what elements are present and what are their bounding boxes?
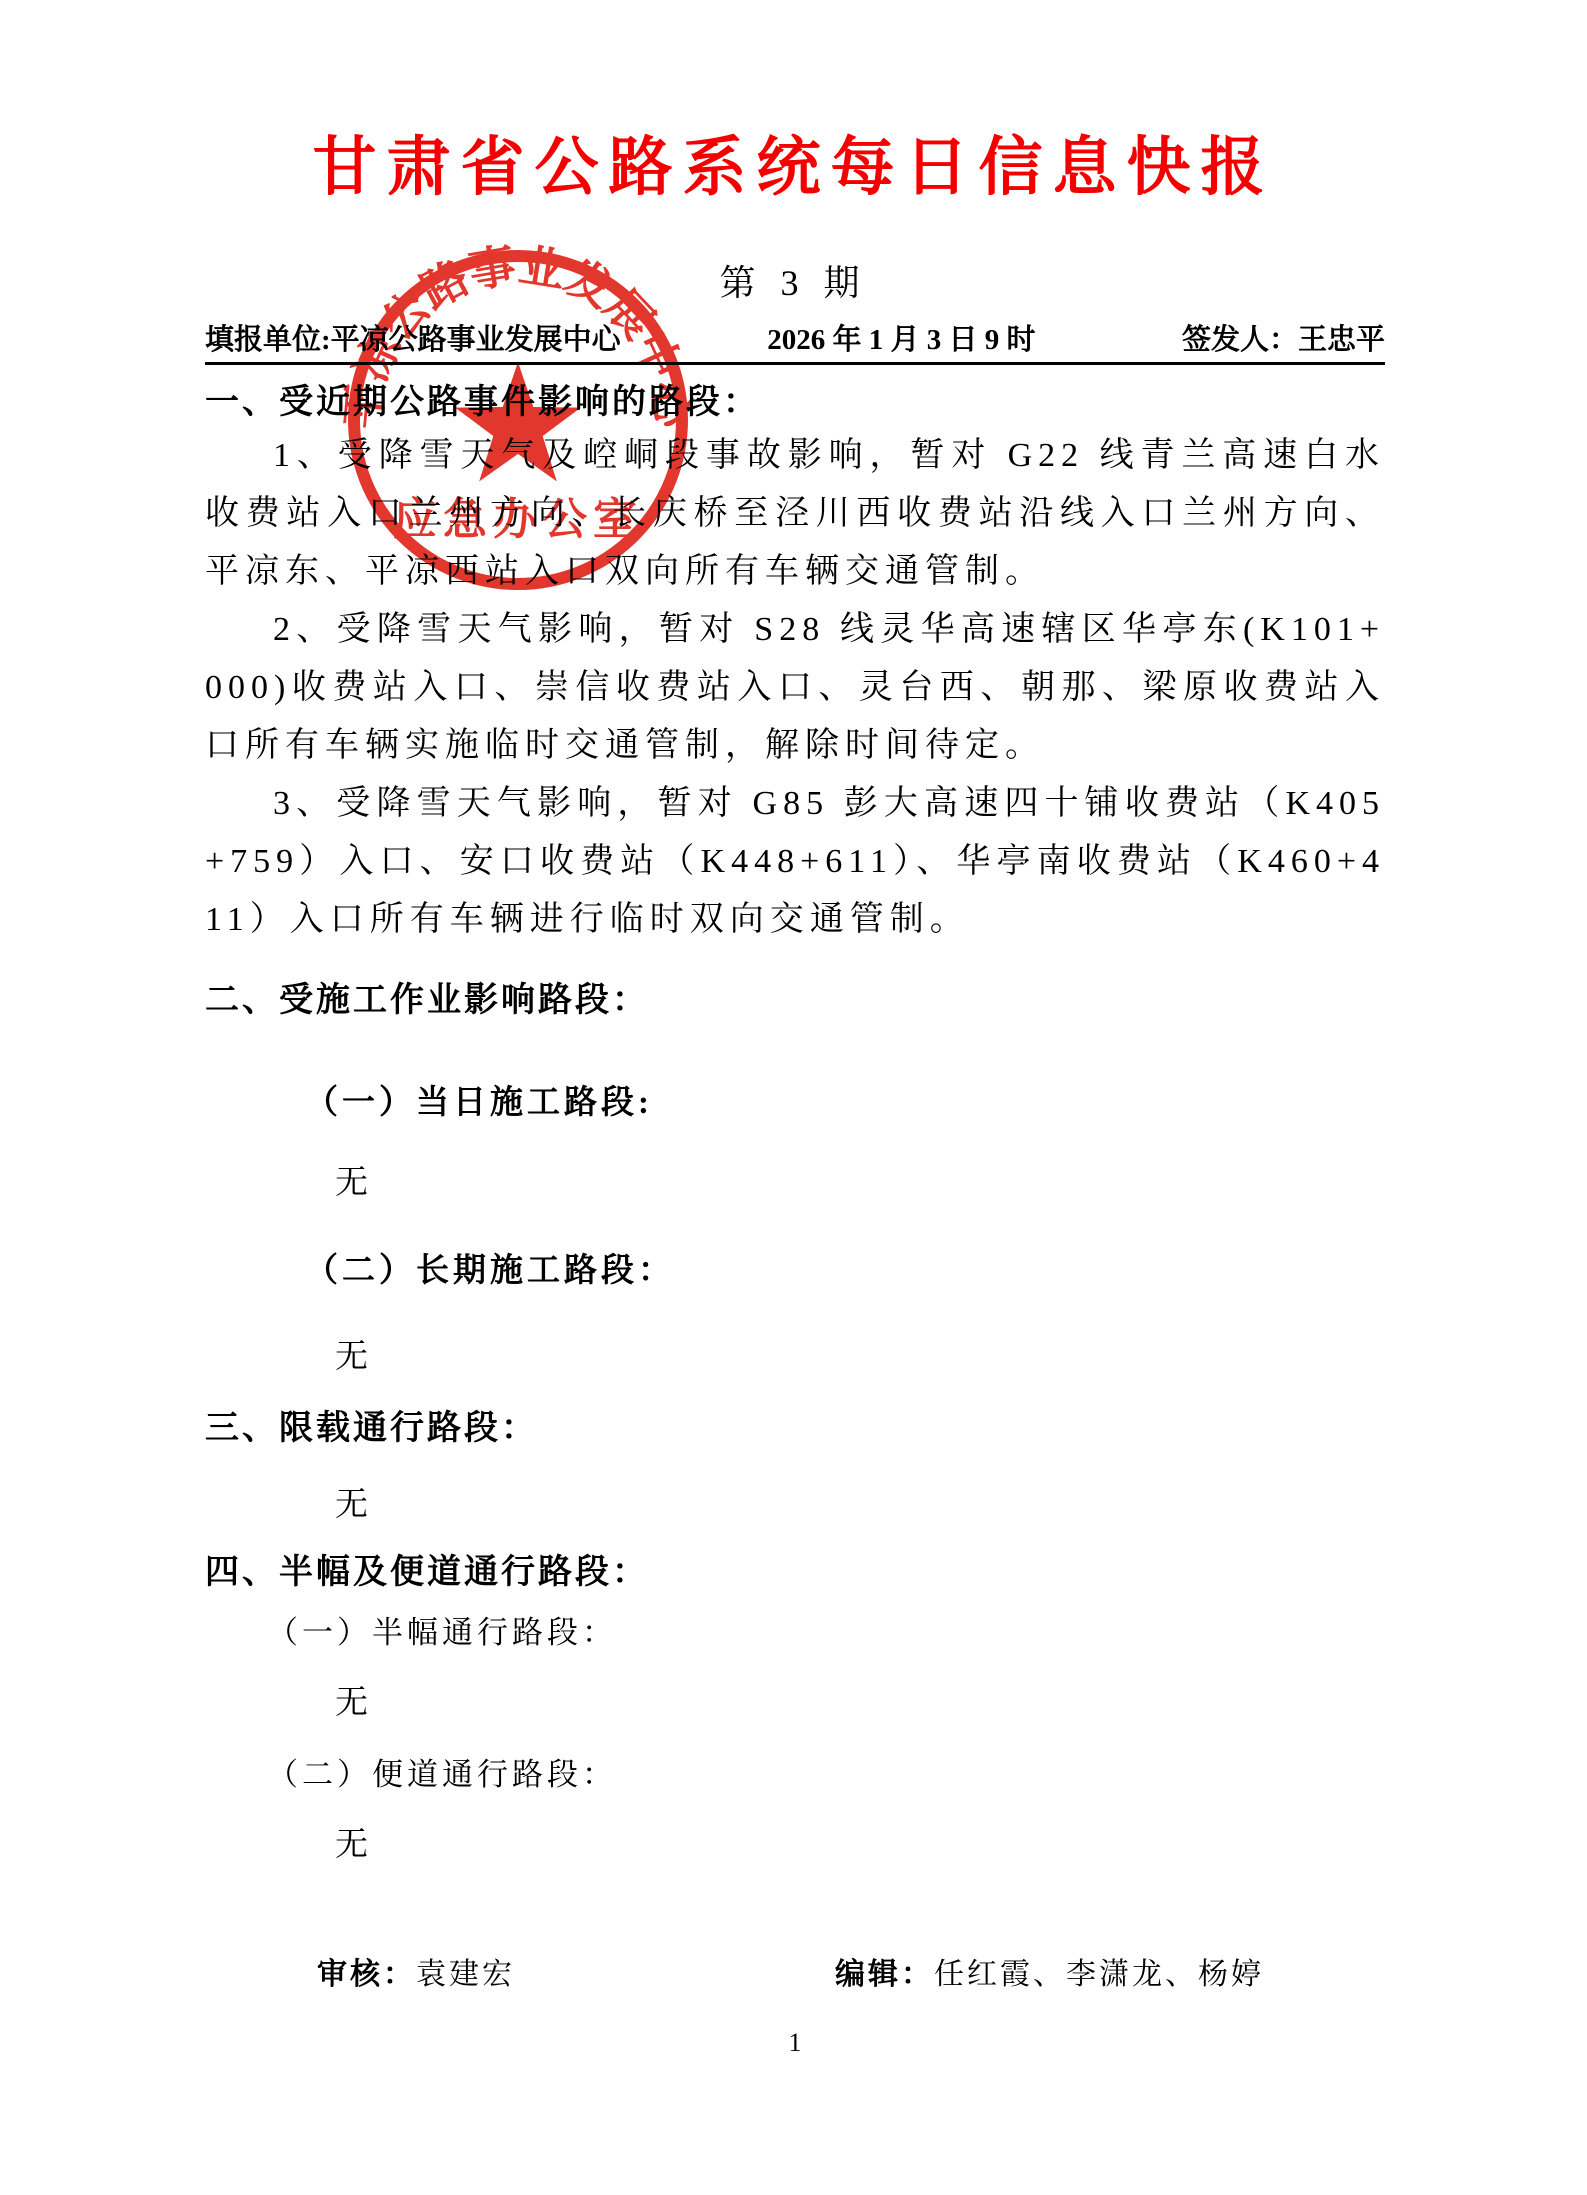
- review-group: 审核：袁建宏: [317, 1958, 515, 1991]
- section-heading-4: 四、半幅及便道通行路段：: [205, 1549, 1385, 1597]
- page-number: 1: [205, 2025, 1385, 2061]
- section-heading-3: 三、限载通行路段：: [205, 1405, 1385, 1453]
- edit-label: 编辑：: [835, 1958, 934, 1991]
- paragraph-3: 3、受降雪天气影响，暂对 G85 彭大高速四十铺收费站（K405+759）入口、…: [205, 775, 1385, 949]
- none-value-1: 无: [335, 1161, 1385, 1205]
- edit-group: 编辑：任红霞、李潇龙、杨婷: [835, 1958, 1264, 1991]
- none-value-4: 无: [335, 1681, 1385, 1725]
- document-page: 甘肃省公路系统每日信息快报 第 3 期 填报单位:平凉公路事业发展中心 2026…: [0, 0, 1587, 2195]
- paragraph-1: 1、受降雪天气及崆峒段事故影响，暂对 G22 线青兰高速白水收费站入口兰州方向、…: [205, 427, 1385, 601]
- subsection-2-1: （一）当日施工路段:: [305, 1081, 1385, 1125]
- section-heading-1: 一、受近期公路事件影响的路段：: [205, 379, 1385, 427]
- report-datetime: 2026 年 1 月 3 日 9 时: [767, 320, 1035, 360]
- editor-names: 任红霞、李潇龙、杨婷: [934, 1958, 1264, 1991]
- reporting-unit: 填报单位:平凉公路事业发展中心: [205, 320, 621, 360]
- subsection-2-2: （二）长期施工路段：: [305, 1249, 1385, 1293]
- paragraph-2: 2、受降雪天气影响，暂对 S28 线灵华高速辖区华亭东(K101+000)收费站…: [205, 601, 1385, 775]
- issue-number: 第 3 期: [0, 262, 1587, 304]
- document-title: 甘肃省公路系统每日信息快报: [0, 132, 1587, 204]
- none-value-2: 无: [335, 1335, 1385, 1379]
- section-heading-2: 二、受施工作业影响路段：: [205, 977, 1385, 1025]
- issuer: 签发人：王忠平: [1182, 320, 1385, 360]
- footer-row: 审核：袁建宏编辑：任红霞、李潇龙、杨婷: [205, 1953, 1385, 1997]
- none-value-3: 无: [335, 1483, 1385, 1527]
- meta-row: 填报单位:平凉公路事业发展中心 2026 年 1 月 3 日 9 时 签发人：王…: [205, 320, 1385, 365]
- reviewer-name: 袁建宏: [416, 1958, 515, 1991]
- subsection-4-2: （二）便道通行路段：: [267, 1753, 1385, 1797]
- none-value-5: 无: [335, 1823, 1385, 1867]
- document-content: 填报单位:平凉公路事业发展中心 2026 年 1 月 3 日 9 时 签发人：王…: [205, 320, 1385, 2061]
- subsection-4-1: （一）半幅通行路段：: [267, 1611, 1385, 1655]
- review-label: 审核：: [317, 1958, 416, 1991]
